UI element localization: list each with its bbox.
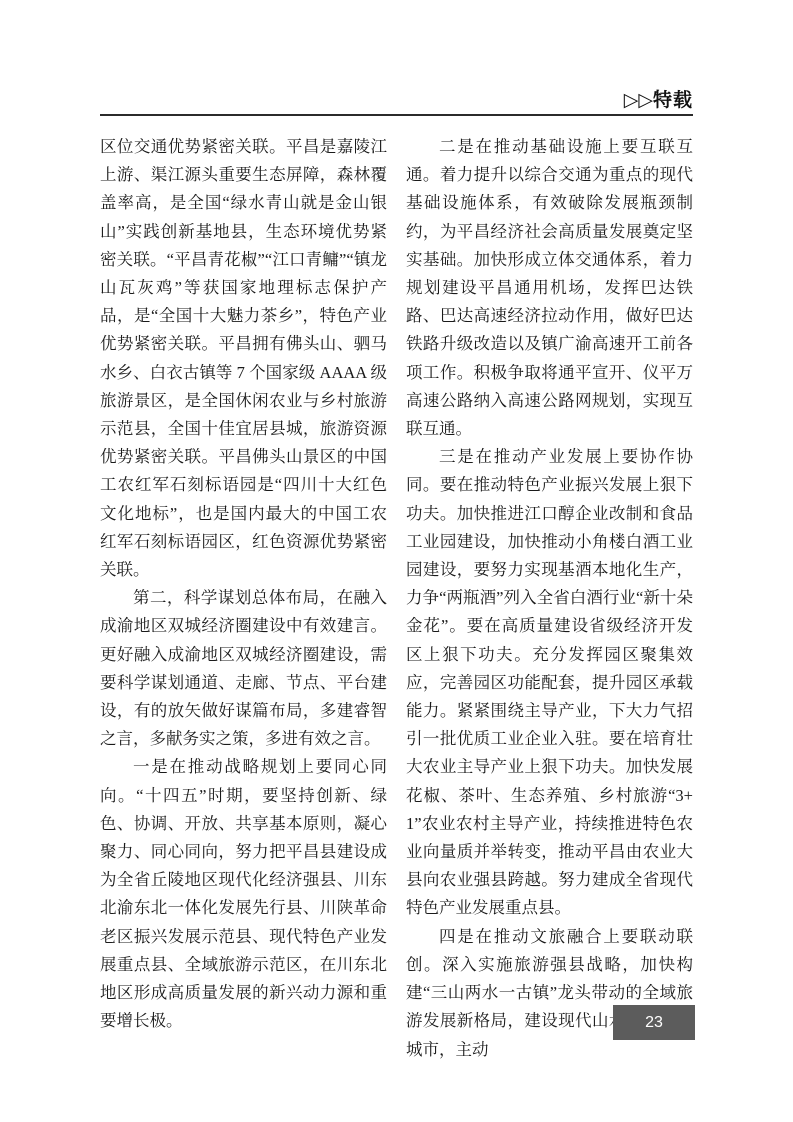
document-page: ▷▷特载 区位交通优势紧密关联。平昌是嘉陵江上游、渠江源头重要生态屏障，森林覆盖… bbox=[0, 0, 793, 1122]
paragraph-second-point: 第二，科学谋划总体布局，在融入成渝地区双城经济圈建设中有效建言。更好融入成渝地区… bbox=[100, 584, 387, 753]
page-number-badge: 23 bbox=[613, 1005, 695, 1040]
page-number: 23 bbox=[645, 1014, 663, 1032]
left-column: 区位交通优势紧密关联。平昌是嘉陵江上游、渠江源头重要生态屏障，森林覆盖率高，是全… bbox=[100, 133, 387, 1064]
paragraph-continuation: 区位交通优势紧密关联。平昌是嘉陵江上游、渠江源头重要生态屏障，森林覆盖率高，是全… bbox=[100, 133, 387, 584]
right-column: 二是在推动基础设施上要互联互通。着力提升以综合交通为重点的现代基础设施体系，有效… bbox=[406, 133, 693, 1064]
triangle-marker-icon: ▷▷ bbox=[624, 90, 653, 111]
paragraph-item-one: 一是在推动战略规划上要同心同向。“十四五”时期，要坚持创新、绿色、协调、开放、共… bbox=[100, 753, 387, 1035]
body-content: 区位交通优势紧密关联。平昌是嘉陵江上游、渠江源头重要生态屏障，森林覆盖率高，是全… bbox=[100, 133, 693, 1064]
paragraph-item-four: 四是在推动文旅融合上要联动联创。深入实施旅游强县战略，加快构建“三山两水一古镇”… bbox=[406, 923, 693, 1064]
section-header: ▷▷特载 bbox=[100, 90, 693, 112]
header-divider bbox=[100, 114, 693, 116]
paragraph-item-three: 三是在推动产业发展上要协作协同。要在推动特色产业振兴发展上狠下功夫。加快推进江口… bbox=[406, 443, 693, 922]
paragraph-item-two: 二是在推动基础设施上要互联互通。着力提升以综合交通为重点的现代基础设施体系，有效… bbox=[406, 133, 693, 443]
section-title: 特载 bbox=[653, 90, 693, 111]
